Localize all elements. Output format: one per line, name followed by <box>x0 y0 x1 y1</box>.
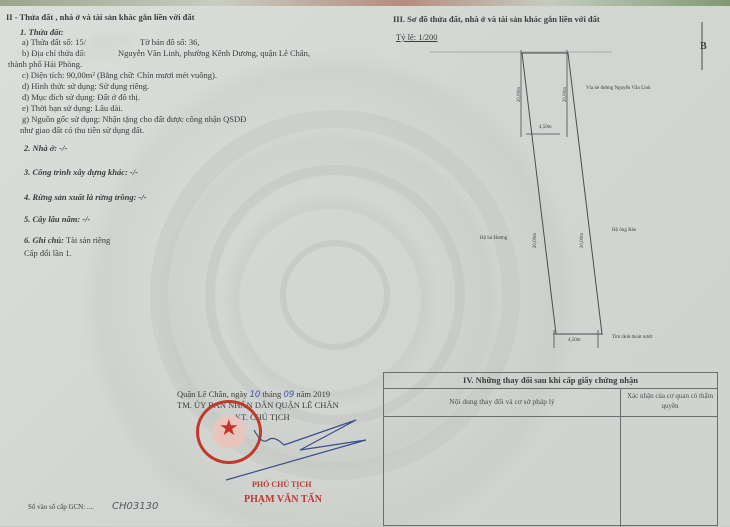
signature-stroke <box>0 0 730 526</box>
certificate-page: II - Thửa đất , nhà ở và tài sản khác gắ… <box>0 0 730 526</box>
